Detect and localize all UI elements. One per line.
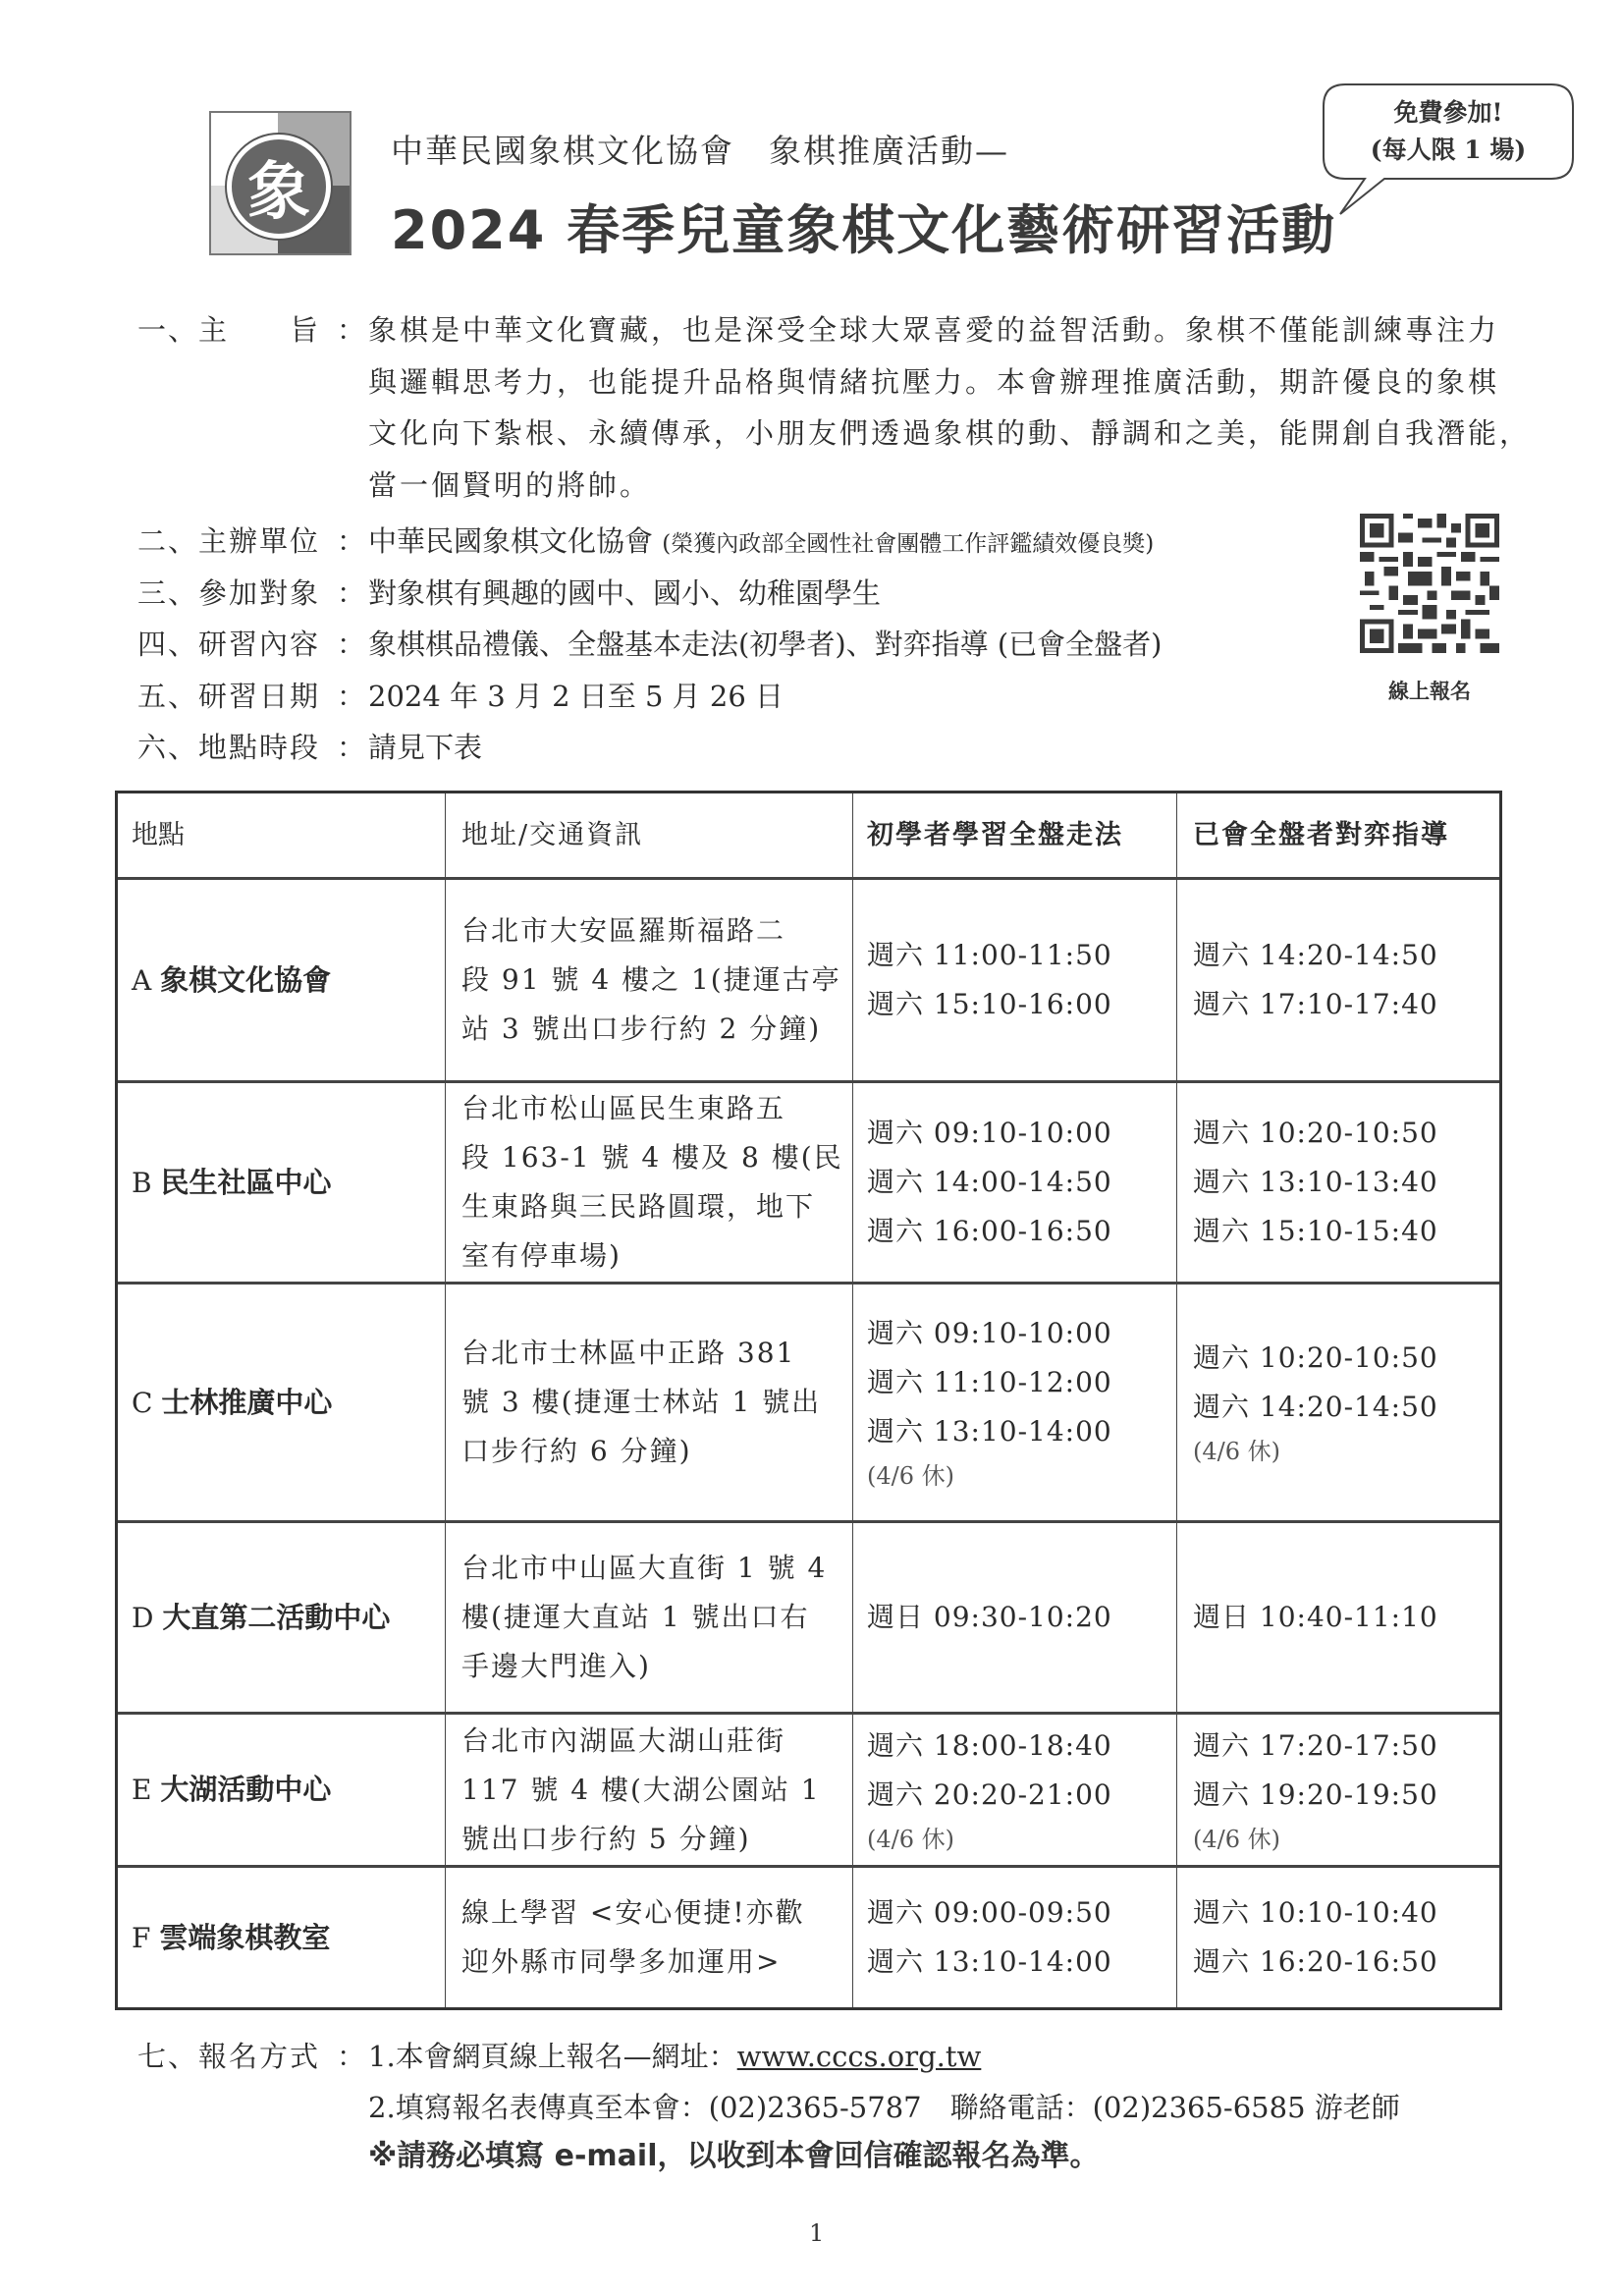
address-cell: 台北市士林區中正路 381 號 3 樓(捷運士林站 1 號出 口步行約 6 分鐘…: [445, 1285, 852, 1520]
address-cell: 台北市大安區羅斯福路二 段 91 號 4 樓之 1(捷運古亭 站 3 號出口步行…: [445, 880, 852, 1080]
beginner-times-cell: 週日 09:30-10:20: [852, 1523, 1176, 1712]
association-logo: 象: [209, 111, 352, 255]
header-subtitle: 中華民國象棋文化協會 象棋推廣活動—: [391, 126, 1009, 172]
bubble-line-1: 免費參加!: [1327, 94, 1569, 132]
section-purpose-label: 一、主 旨：: [137, 304, 368, 355]
table-header-row: 地點 地址/交通資訊 初學者學習全盤走法 已會全盤者對弈指導: [118, 793, 1499, 877]
closure-note: (4/6 休): [867, 1820, 1176, 1859]
purpose-line: 當一個賢明的將帥。: [368, 460, 1546, 512]
beginner-times-cell: 週六 09:10-10:00 週六 11:10-12:00 週六 13:10-1…: [852, 1285, 1176, 1520]
section-content: 四、研習內容：象棋棋品禮儀、全盤基本走法(初學者)、對弈指導 (已會全盤者): [137, 619, 1162, 670]
organizer-award: (榮獲內政部全國性社會團體工作評鑑績效優良獎): [662, 531, 1154, 557]
table-row-b: B 民生社區中心 台北市松山區民生東路五 段 163-1 號 4 樓及 8 樓(…: [118, 1080, 1499, 1282]
table-row-a: A 象棋文化協會 台北市大安區羅斯福路二 段 91 號 4 樓之 1(捷運古亭 …: [118, 877, 1499, 1080]
qr-code-icon: [1360, 514, 1499, 653]
address-cell: 台北市松山區民生東路五 段 163-1 號 4 樓及 8 樓(民 生東路與三民路…: [445, 1083, 852, 1282]
advanced-times-cell: 週日 10:40-11:10: [1176, 1523, 1499, 1712]
purpose-line: 文化向下紮根、永續傳承，小朋友們透過象棋的動、靜調和之美，能開創自我潛能，: [368, 408, 1546, 460]
section-dates: 五、研習日期：2024 年 3 月 2 日至 5 月 26 日: [137, 671, 784, 722]
location-name: 雲端象棋教室: [159, 1921, 330, 1954]
location-cell: A 象棋文化協會: [118, 880, 445, 1080]
address-cell: 台北市中山區大直街 1 號 4 樓(捷運大直站 1 號出口右 手邊大門進入): [445, 1523, 852, 1712]
free-participation-bubble: 免費參加! (每人限 1 場): [1316, 77, 1581, 224]
column-header-location: 地點: [118, 793, 445, 877]
table-row-d: D 大直第二活動中心 台北市中山區大直街 1 號 4 樓(捷運大直站 1 號出口…: [118, 1520, 1499, 1712]
beginner-times-cell: 週六 09:10-10:00 週六 14:00-14:50 週六 16:00-1…: [852, 1083, 1176, 1282]
table-row-f: F 雲端象棋教室 線上學習 <安心便捷!亦歡 迎外縣市同學多加運用> 週六 09…: [118, 1865, 1499, 2007]
section-registration: 七、報名方式：1.本會網頁線上報名—網址：www.cccs.org.tw: [137, 2031, 981, 2082]
location-name: 大湖活動中心: [160, 1773, 331, 1806]
beginner-times-cell: 週六 11:00-11:50 週六 15:10-16:00: [852, 880, 1176, 1080]
purpose-line: 象棋是中華文化寶藏，也是深受全球大眾喜愛的益智活動。象棋不僅能訓練專注力: [368, 304, 1546, 356]
section-venues: 六、地點時段：請見下表: [137, 722, 482, 773]
location-name: 大直第二活動中心: [162, 1601, 390, 1634]
column-header-beginner: 初學者學習全盤走法: [852, 793, 1176, 877]
purpose-line: 與邏輯思考力，也能提升品格與情緒抗壓力。本會辦理推廣活動，期許優良的象棋: [368, 356, 1546, 409]
advanced-times-cell: 週六 10:10-10:40 週六 16:20-16:50: [1176, 1868, 1499, 2007]
schedule-table: 地點 地址/交通資訊 初學者學習全盤走法 已會全盤者對弈指導 A 象棋文化協會 …: [115, 791, 1502, 2010]
location-cell: E 大湖活動中心: [118, 1715, 445, 1865]
table-row-e: E 大湖活動中心 台北市內湖區大湖山莊街 117 號 4 樓(大湖公園站 1 號…: [118, 1712, 1499, 1865]
location-cell: C 士林推廣中心: [118, 1285, 445, 1520]
closure-note: (4/6 休): [1193, 1432, 1499, 1471]
location-cell: F 雲端象棋教室: [118, 1868, 445, 2007]
page-number: 1: [809, 2219, 824, 2247]
location-name: 士林推廣中心: [161, 1386, 332, 1419]
closure-note: (4/6 休): [1193, 1820, 1499, 1859]
registration-url-link[interactable]: www.cccs.org.tw: [737, 2040, 982, 2073]
location-name: 象棋文化協會: [160, 963, 331, 997]
address-cell: 線上學習 <安心便捷!亦歡 迎外縣市同學多加運用>: [445, 1868, 852, 2007]
registration-method-1: 1.本會網頁線上報名—網址：: [368, 2040, 737, 2073]
qr-code-label: 線上報名: [1360, 676, 1499, 705]
column-header-address: 地址/交通資訊: [445, 793, 852, 877]
page-title: 2024 春季兒童象棋文化藝術研習活動: [391, 189, 1336, 264]
advanced-times-cell: 週六 10:20-10:50 週六 13:10-13:40 週六 15:10-1…: [1176, 1083, 1499, 1282]
location-cell: B 民生社區中心: [118, 1083, 445, 1282]
registration-method-2: 2.填寫報名表傳真至本會：(02)2365-5787 聯絡電話：(02)2365…: [368, 2082, 1400, 2133]
address-cell: 台北市內湖區大湖山莊街 117 號 4 樓(大湖公園站 1 號出口步行約 5 分…: [445, 1715, 852, 1865]
table-row-c: C 士林推廣中心 台北市士林區中正路 381 號 3 樓(捷運士林站 1 號出 …: [118, 1282, 1499, 1520]
advanced-times-cell: 週六 14:20-14:50 週六 17:10-17:40: [1176, 880, 1499, 1080]
location-name: 民生社區中心: [160, 1166, 331, 1199]
beginner-times-cell: 週六 18:00-18:40 週六 20:20-21:00 (4/6 休): [852, 1715, 1176, 1865]
section-organizer: 二、主辦單位：中華民國象棋文化協會 (榮獲內政部全國性社會團體工作評鑑績效優良獎…: [137, 516, 1154, 570]
logo-character: 象: [227, 135, 331, 239]
organizer-name: 中華民國象棋文化協會: [368, 524, 653, 558]
advanced-times-cell: 週六 10:20-10:50 週六 14:20-14:50 (4/6 休): [1176, 1285, 1499, 1520]
location-cell: D 大直第二活動中心: [118, 1523, 445, 1712]
advanced-times-cell: 週六 17:20-17:50 週六 19:20-19:50 (4/6 休): [1176, 1715, 1499, 1865]
bubble-line-2: (每人限 1 場): [1327, 132, 1569, 169]
section-participants: 三、參加對象：對象棋有興趣的國中、國小、幼稚園學生: [137, 568, 881, 619]
column-header-advanced: 已會全盤者對弈指導: [1176, 793, 1499, 877]
closure-note: (4/6 休): [867, 1456, 1176, 1496]
section-purpose-body: 象棋是中華文化寶藏，也是深受全球大眾喜愛的益智活動。象棋不僅能訓練專注力 與邏輯…: [368, 304, 1546, 511]
email-required-note: ※請務必填寫 e-mail，以收到本會回信確認報名為準。: [368, 2131, 1099, 2174]
registration-qr-code[interactable]: [1360, 514, 1499, 653]
beginner-times-cell: 週六 09:00-09:50 週六 13:10-14:00: [852, 1868, 1176, 2007]
